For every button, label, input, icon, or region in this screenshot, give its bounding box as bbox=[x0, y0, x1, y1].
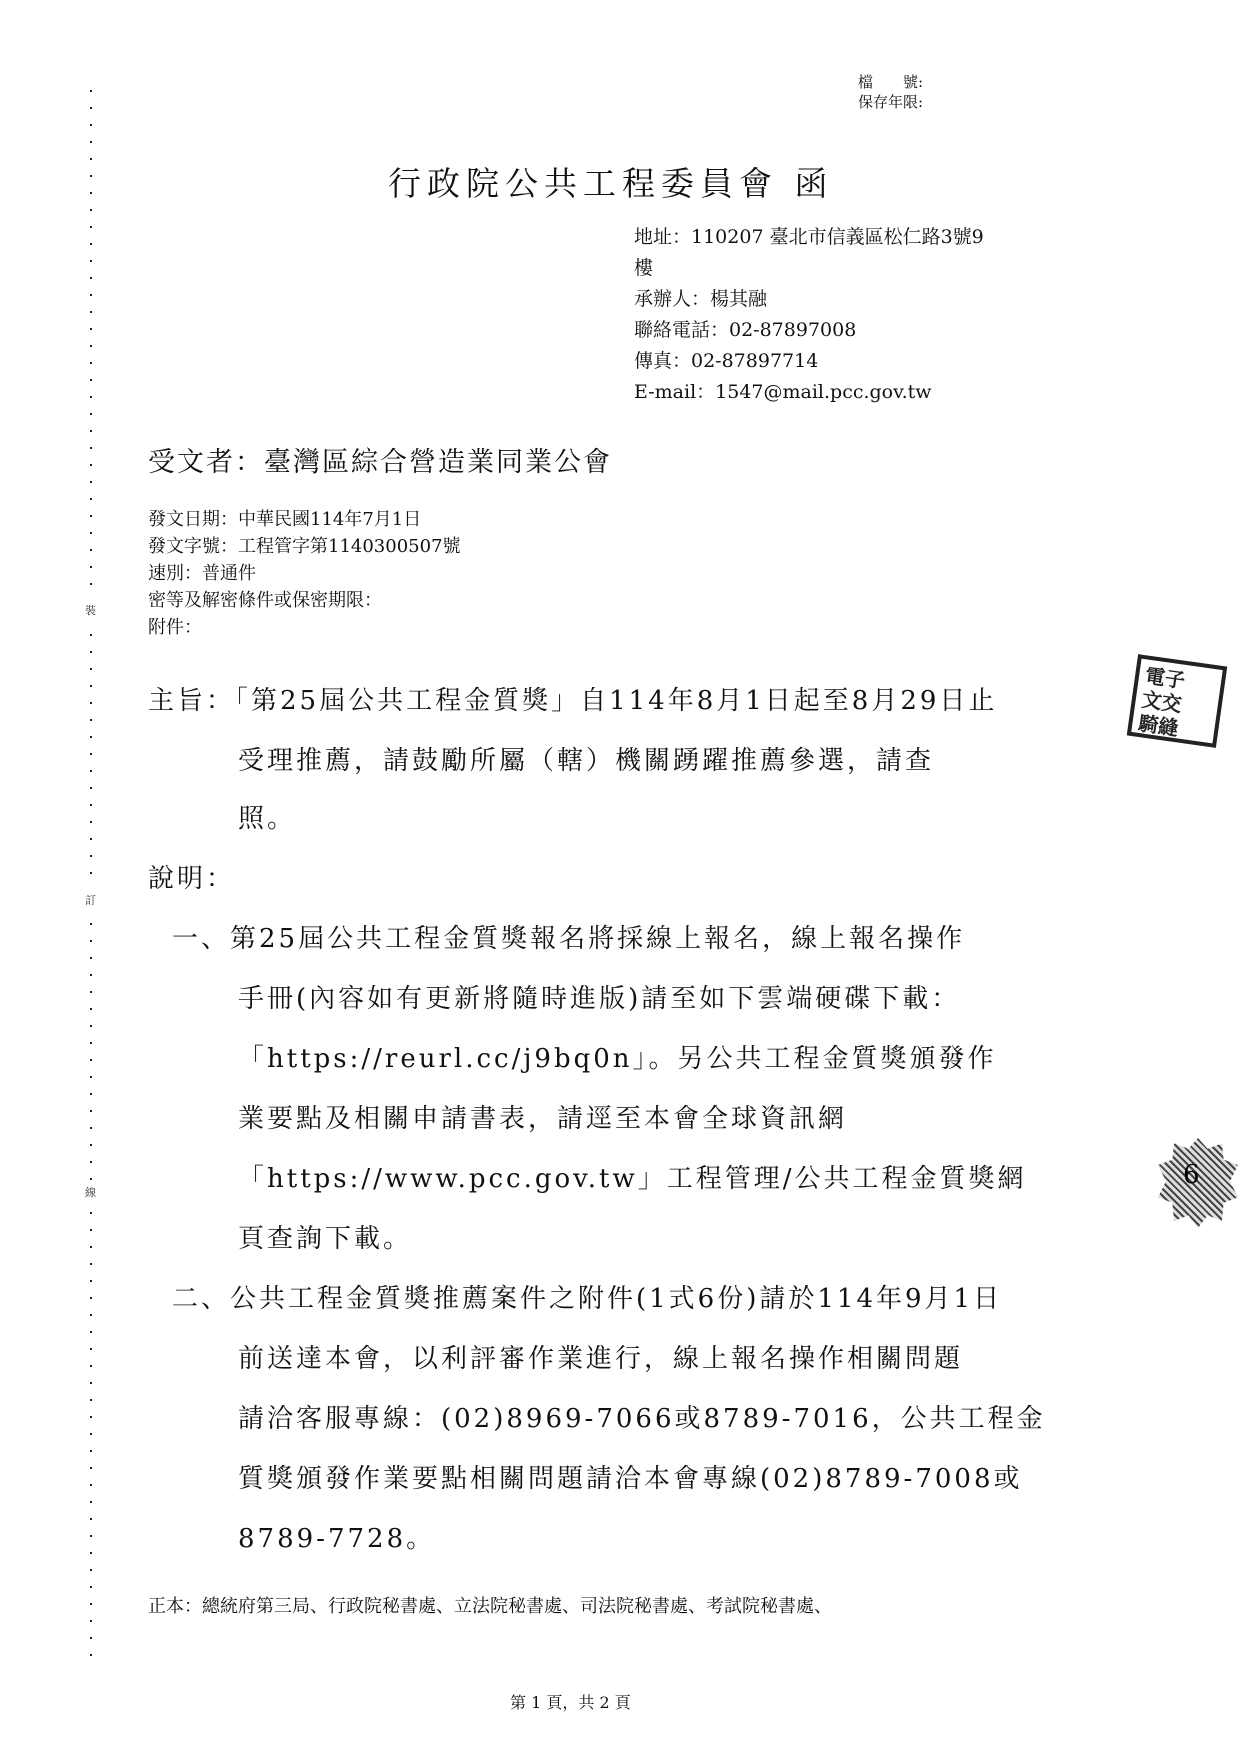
binding-dot bbox=[90, 1229, 92, 1231]
binding-dot bbox=[90, 1569, 92, 1571]
sender-email: E-mail：1547@mail.pcc.gov.tw bbox=[634, 377, 984, 408]
binding-dot bbox=[90, 481, 92, 483]
explanation-label: 說明： bbox=[148, 858, 235, 895]
binding-dot bbox=[90, 532, 92, 534]
binding-dot bbox=[90, 872, 92, 874]
sender-address-line1: 地址：110207 臺北市信義區松仁路3號9 bbox=[634, 222, 984, 253]
seal-number: 6 bbox=[1183, 1160, 1200, 1190]
item1-line: 業要點及相關申請書表，請逕至本會全球資訊網 bbox=[238, 1098, 847, 1135]
document-meta: 發文日期：中華民國114年7月1日 發文字號：工程管字第1140300507號 … bbox=[148, 506, 461, 641]
binding-dot bbox=[90, 855, 92, 857]
binding-dot bbox=[90, 566, 92, 568]
binding-dot bbox=[90, 498, 92, 500]
binding-dot bbox=[90, 447, 92, 449]
binding-dot bbox=[90, 1059, 92, 1061]
binding-dot bbox=[90, 1654, 92, 1656]
subject-line-3: 照。 bbox=[238, 798, 296, 835]
binding-dot bbox=[90, 1348, 92, 1350]
sender-address-line2: 樓 bbox=[634, 253, 984, 284]
sender-handler: 承辦人：楊其融 bbox=[634, 284, 984, 315]
binding-dot bbox=[90, 464, 92, 466]
binding-dot bbox=[90, 991, 92, 993]
binding-dot bbox=[90, 1450, 92, 1452]
binding-dot bbox=[90, 430, 92, 432]
delivery-speed: 速別：普通件 bbox=[148, 560, 461, 587]
binding-dot bbox=[90, 1603, 92, 1605]
binding-dot bbox=[90, 1535, 92, 1537]
binding-dot bbox=[90, 1314, 92, 1316]
binding-dot bbox=[90, 1433, 92, 1435]
binding-dot bbox=[90, 1212, 92, 1214]
binding-dot bbox=[90, 583, 92, 585]
binding-dot bbox=[90, 413, 92, 415]
binding-dot bbox=[90, 1382, 92, 1384]
binding-dot bbox=[90, 260, 92, 262]
item2-line: 請洽客服專線：(02)8969-7066或8789-7016，公共工程金 bbox=[238, 1398, 1046, 1435]
document-number: 發文字號：工程管字第1140300507號 bbox=[148, 533, 461, 560]
binding-dot bbox=[90, 1297, 92, 1299]
binding-dot bbox=[90, 226, 92, 228]
binding-dot bbox=[90, 787, 92, 789]
recipient: 受文者：臺灣區綜合營造業同業公會 bbox=[148, 440, 612, 479]
binding-dot bbox=[90, 1008, 92, 1010]
binding-dot bbox=[90, 940, 92, 942]
binding-dot bbox=[90, 158, 92, 160]
binding-dot bbox=[90, 1637, 92, 1639]
classification: 密等及解密條件或保密期限： bbox=[148, 587, 461, 614]
binding-dot bbox=[90, 1416, 92, 1418]
binding-dot bbox=[90, 651, 92, 653]
item1-line: 一、第25屆公共工程金質獎報名將採線上報名，線上報名操作 bbox=[172, 918, 965, 955]
binding-dot bbox=[90, 974, 92, 976]
binding-dot bbox=[90, 1552, 92, 1554]
binding-dot bbox=[90, 1331, 92, 1333]
binding-dot bbox=[90, 175, 92, 177]
binding-dot bbox=[90, 345, 92, 347]
subject-line-1: 主旨：「第25屆公共工程金質獎」自114年8月1日起至8月29日止 bbox=[148, 680, 997, 717]
binding-dot bbox=[90, 1263, 92, 1265]
binding-dot bbox=[90, 1093, 92, 1095]
retention-period-label: 保存年限: bbox=[858, 92, 923, 112]
file-meta: 檔 號: 保存年限: bbox=[858, 72, 923, 112]
binding-dot bbox=[90, 1399, 92, 1401]
binding-dot bbox=[90, 719, 92, 721]
binding-dot bbox=[90, 294, 92, 296]
binding-dot bbox=[90, 685, 92, 687]
binding-dot bbox=[90, 515, 92, 517]
subject-line-2: 受理推薦，請鼓勵所屬（轄）機關踴躍推薦參選，請查 bbox=[238, 740, 934, 777]
binding-label-line: 線 bbox=[85, 1184, 96, 1200]
binding-dot bbox=[90, 1042, 92, 1044]
binding-dot bbox=[90, 328, 92, 330]
binding-dot bbox=[90, 838, 92, 840]
binding-dot bbox=[90, 1076, 92, 1078]
item2-line: 二、公共工程金質獎推薦案件之附件(1式6份)請於114年9月1日 bbox=[172, 1278, 1002, 1315]
binding-dot bbox=[90, 1161, 92, 1163]
document-title: 行政院公共工程委員會 函 bbox=[388, 158, 834, 205]
binding-dot bbox=[90, 1501, 92, 1503]
electronic-seal-stamp-icon: 電子文交騎縫 bbox=[1127, 654, 1228, 748]
item2-line: 前送達本會，以利評審作業進行，線上報名操作相關問題 bbox=[238, 1338, 963, 1375]
binding-dot bbox=[90, 192, 92, 194]
binding-dot bbox=[90, 107, 92, 109]
binding-dot bbox=[90, 1144, 92, 1146]
binding-dot bbox=[90, 1586, 92, 1588]
binding-margin: 裝 訂 線 bbox=[86, 90, 98, 1670]
binding-dot bbox=[90, 634, 92, 636]
binding-dot bbox=[90, 821, 92, 823]
binding-dot bbox=[90, 396, 92, 398]
binding-dot bbox=[90, 1467, 92, 1469]
copies-to: 正本：總統府第三局、行政院秘書處、立法院秘書處、司法院秘書處、考試院秘書處、 bbox=[148, 1592, 832, 1618]
binding-dot bbox=[90, 1518, 92, 1520]
binding-dot bbox=[90, 702, 92, 704]
binding-dot bbox=[90, 1025, 92, 1027]
binding-dot bbox=[90, 209, 92, 211]
binding-dot bbox=[90, 1178, 92, 1180]
binding-dot bbox=[90, 1484, 92, 1486]
binding-label-bind: 裝 bbox=[85, 602, 96, 618]
attachments: 附件： bbox=[148, 614, 461, 641]
binding-label-staple: 訂 bbox=[85, 892, 96, 908]
binding-dot bbox=[90, 311, 92, 313]
binding-dot bbox=[90, 549, 92, 551]
item1-line: 「https://reurl.cc/j9bq0n」。另公共工程金質獎頒發作 bbox=[238, 1038, 997, 1075]
page-number: 第 1 頁，共 2 頁 bbox=[510, 1690, 631, 1713]
binding-dot bbox=[90, 362, 92, 364]
sender-phone: 聯絡電話：02-87897008 bbox=[634, 315, 984, 346]
file-number-label: 檔 號: bbox=[858, 72, 923, 92]
binding-dot bbox=[90, 277, 92, 279]
item2-line: 8789-7728。 bbox=[238, 1518, 435, 1555]
binding-dot bbox=[90, 1246, 92, 1248]
item1-line: 手冊(內容如有更新將隨時進版)請至如下雲端硬碟下載： bbox=[238, 978, 960, 1015]
binding-dot bbox=[90, 124, 92, 126]
issue-date: 發文日期：中華民國114年7月1日 bbox=[148, 506, 461, 533]
item1-line: 「https://www.pcc.gov.tw」工程管理/公共工程金質獎網 bbox=[238, 1158, 1027, 1195]
binding-dot bbox=[90, 923, 92, 925]
binding-dot bbox=[90, 90, 92, 92]
item1-line: 頁查詢下載。 bbox=[238, 1218, 412, 1255]
binding-dot bbox=[90, 379, 92, 381]
sender-fax: 傳真：02-87897714 bbox=[634, 346, 984, 377]
binding-dot bbox=[90, 957, 92, 959]
binding-dot bbox=[90, 804, 92, 806]
binding-dot bbox=[90, 736, 92, 738]
sender-info: 地址：110207 臺北市信義區松仁路3號9 樓 承辦人：楊其融 聯絡電話：02… bbox=[634, 222, 984, 408]
binding-dot bbox=[90, 753, 92, 755]
binding-dot bbox=[90, 770, 92, 772]
binding-dot bbox=[90, 141, 92, 143]
item2-line: 質獎頒發作業要點相關問題請洽本會專線(02)8789-7008或 bbox=[238, 1458, 1023, 1495]
binding-dot bbox=[90, 668, 92, 670]
binding-dot bbox=[90, 1127, 92, 1129]
binding-dot bbox=[90, 1280, 92, 1282]
binding-dot bbox=[90, 1620, 92, 1622]
binding-dot bbox=[90, 1365, 92, 1367]
binding-dot bbox=[90, 243, 92, 245]
binding-dot bbox=[90, 1110, 92, 1112]
